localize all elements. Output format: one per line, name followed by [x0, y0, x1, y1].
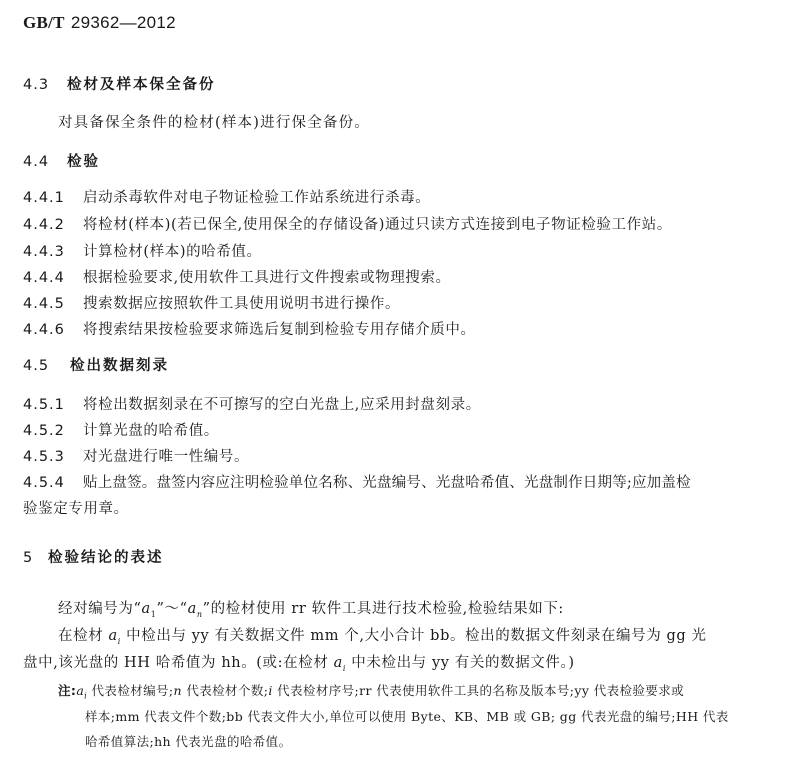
section-heading-4-5: 4.5检出数据刻录 — [23, 354, 169, 375]
note-line-3: 哈希值算法;hh 代表光盘的哈希值。 — [85, 732, 292, 750]
list-item: 4.4.5搜索数据应按照软件工具使用说明书进行操作。 — [23, 292, 400, 313]
note-label: 注: — [58, 683, 76, 698]
list-item: 4.5.4贴上盘签。盘签内容应注明检验单位名称、光盘编号、光盘哈希值、光盘制作日… — [23, 471, 691, 492]
note-line-2: 样本;mm 代表文件个数;bb 代表文件大小,单位可以使用 Byte、KB、MB… — [85, 707, 729, 725]
list-item-continuation: 验鉴定专用章。 — [23, 497, 129, 518]
section-heading-5: 5检验结论的表述 — [23, 546, 164, 567]
list-item: 4.5.3对光盘进行唯一性编号。 — [23, 445, 249, 466]
note-line-1: 注:ai 代表检材编号;n 代表检材个数;i 代表检材序号;rr 代表使用软件工… — [58, 681, 684, 701]
list-item: 4.5.2计算光盘的哈希值。 — [23, 419, 219, 440]
standard-number: 29362—2012 — [71, 13, 176, 32]
list-item: 4.4.2将检材(样本)(若已保全,使用保全的存储设备)通过只读方式连接到电子物… — [23, 213, 672, 234]
conclusion-paragraph-2-continuation: 盘中,该光盘的 HH 哈希值为 hh。(或:在检材 ai 中未检出与 yy 有关… — [23, 651, 575, 673]
section-heading-4-4: 4.4检验 — [23, 150, 100, 171]
list-item: 4.4.4根据检验要求,使用软件工具进行文件搜索或物理搜索。 — [23, 266, 451, 287]
conclusion-paragraph-1: 经对编号为“a1”～“an”的检材使用 rr 软件工具进行技术检验,检验结果如下… — [58, 597, 564, 619]
conclusion-paragraph-2: 在检材 ai 中检出与 yy 有关数据文件 mm 个,大小合计 bb。检出的数据… — [58, 624, 707, 646]
document-header: GB/T29362—2012 — [23, 13, 176, 33]
list-item: 4.5.1将检出数据刻录在不可擦写的空白光盘上,应采用封盘刻录。 — [23, 393, 481, 414]
list-item: 4.4.1启动杀毒软件对电子物证检验工作站系统进行杀毒。 — [23, 186, 430, 207]
standard-code: GB/T — [23, 13, 65, 32]
list-item: 4.4.3计算检材(样本)的哈希值。 — [23, 240, 262, 261]
list-item: 4.4.6将搜索结果按检验要求筛选后复制到检验专用存储介质中。 — [23, 318, 476, 339]
section-heading-4-3: 4.3检材及样本保全备份 — [23, 73, 216, 94]
section-body-4-3: 对具备保全条件的检材(样本)进行保全备份。 — [58, 111, 370, 132]
